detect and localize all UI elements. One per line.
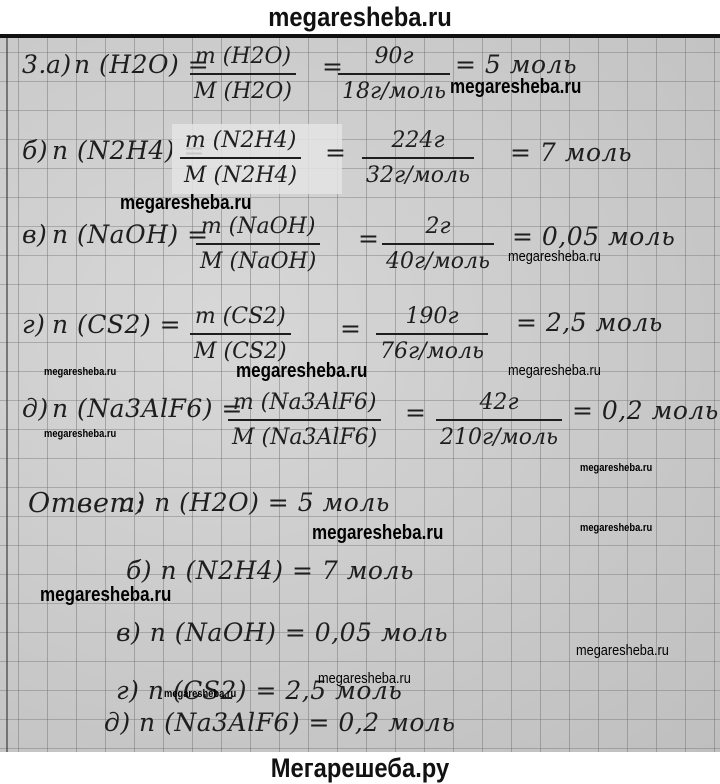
watermark: megaresheba.ru: [120, 192, 251, 215]
watermark: megaresheba.ru: [580, 462, 652, 474]
watermark: megaresheba.ru: [508, 248, 601, 265]
item-c-formula-numerator: m (NaOH): [197, 214, 320, 239]
item-b-fraction-formula: m (N2H4) M (N2H4): [180, 128, 301, 188]
item-c-equals: =: [358, 224, 379, 253]
item-b-formula-denominator: M (N2H4): [180, 163, 301, 188]
item-c-label: в): [22, 220, 47, 249]
item-d-fraction-formula: m (CS2) M (CS2): [190, 304, 291, 364]
watermark: megaresheba.ru: [44, 428, 116, 440]
item-c-fraction-formula: m (NaOH) M (NaOH): [196, 214, 320, 274]
item-c-values-denominator: 40г/моль: [382, 249, 494, 274]
notebook-margin-line: [6, 38, 8, 752]
item-e-fraction-values: 42г 210г/моль: [436, 390, 562, 450]
item-c-formula-denominator: M (NaOH): [196, 249, 320, 274]
item-e-label: д): [22, 394, 49, 423]
item-c-lhs: n (NaOH) =: [52, 220, 209, 249]
item-d-label: г): [22, 310, 45, 339]
watermark: megaresheba.ru: [312, 522, 443, 545]
fraction-bar: [436, 419, 562, 421]
item-e-formula-numerator: m (Na3AlF6): [229, 390, 381, 415]
item-d-lhs: n (CS2) =: [52, 310, 181, 339]
item-e-formula-denominator: M (Na3AlF6): [228, 425, 381, 450]
item-a-formula-numerator: m (H2O): [191, 44, 295, 69]
item-d-equals: =: [340, 314, 361, 343]
fraction-bar: [338, 73, 450, 75]
item-c-fraction-values: 2г 40г/моль: [382, 214, 494, 274]
item-a-formula-denominator: M (H2O): [190, 79, 296, 104]
answer-line-b: б) n (N2H4) = 7 моль: [126, 556, 414, 585]
item-b-result: = 7 моль: [510, 138, 632, 167]
watermark: megaresheba.ru: [40, 584, 171, 607]
item-a-result: = 5 моль: [455, 50, 577, 79]
item-b-equals: =: [325, 138, 346, 167]
fraction-bar: [228, 419, 381, 421]
fraction-bar: [180, 157, 301, 159]
fraction-bar: [362, 157, 474, 159]
item-a-fraction-formula: m (H2O) M (H2O): [190, 44, 296, 104]
answer-line-a: а) n (H2O) = 5 моль: [120, 488, 390, 517]
fraction-bar: [190, 73, 296, 75]
item-a-label: а): [46, 50, 72, 79]
item-d-values-denominator: 76г/моль: [376, 339, 488, 364]
item-e-result: = 0,2 моль: [572, 396, 719, 425]
fraction-bar: [190, 333, 291, 335]
fraction-bar: [196, 243, 320, 245]
item-b-label: б): [22, 136, 48, 165]
item-e-lhs: n (Na3AlF6) =: [52, 394, 243, 423]
fraction-bar: [382, 243, 494, 245]
watermark: megaresheba.ru: [236, 360, 367, 383]
item-d-result: = 2,5 моль: [516, 308, 663, 337]
watermark: megaresheba.ru: [508, 362, 601, 379]
problem-number: 3.: [22, 50, 47, 79]
item-b-values-denominator: 32г/моль: [362, 163, 474, 188]
watermark: megaresheba.ru: [164, 688, 236, 700]
item-d-fraction-values: 190г 76г/моль: [376, 304, 488, 364]
watermark: megaresheba.ru: [318, 670, 411, 687]
watermark: megaresheba.ru: [44, 366, 116, 378]
item-a-fraction-values: 90г 18г/моль: [338, 44, 450, 104]
answer-line-e: д) n (Na3AlF6) = 0,2 моль: [104, 708, 455, 737]
item-a-values-denominator: 18г/моль: [338, 79, 450, 104]
item-c-values-numerator: 2г: [421, 214, 454, 239]
item-d-values-numerator: 190г: [401, 304, 462, 329]
watermark: megaresheba.ru: [580, 522, 652, 534]
answer-line-c: в) n (NaOH) = 0,05 моль: [116, 618, 448, 647]
item-e-equals: =: [405, 398, 426, 427]
site-header-title: megaresheba.ru: [43, 0, 677, 34]
item-a-lhs: n (H2O) =: [74, 50, 209, 79]
site-footer-title: Мегарешеба.ру: [43, 752, 677, 784]
item-c-result: = 0,05 моль: [512, 222, 675, 251]
item-b-values-numerator: 224г: [387, 128, 448, 153]
item-d-formula-numerator: m (CS2): [191, 304, 290, 329]
fraction-bar: [376, 333, 488, 335]
watermark: megaresheba.ru: [450, 76, 581, 99]
item-e-fraction-formula: m (Na3AlF6) M (Na3AlF6): [228, 390, 381, 450]
item-b-fraction-values: 224г 32г/моль: [362, 128, 474, 188]
watermark: megaresheba.ru: [576, 642, 669, 659]
item-e-values-denominator: 210г/моль: [436, 425, 562, 450]
item-b-formula-numerator: m (N2H4): [181, 128, 300, 153]
notebook-photo: 3. а) n (H2O) = m (H2O) M (H2O) = 90г 18…: [0, 34, 720, 752]
item-e-values-numerator: 42г: [475, 390, 522, 415]
item-a-values-numerator: 90г: [370, 44, 417, 69]
